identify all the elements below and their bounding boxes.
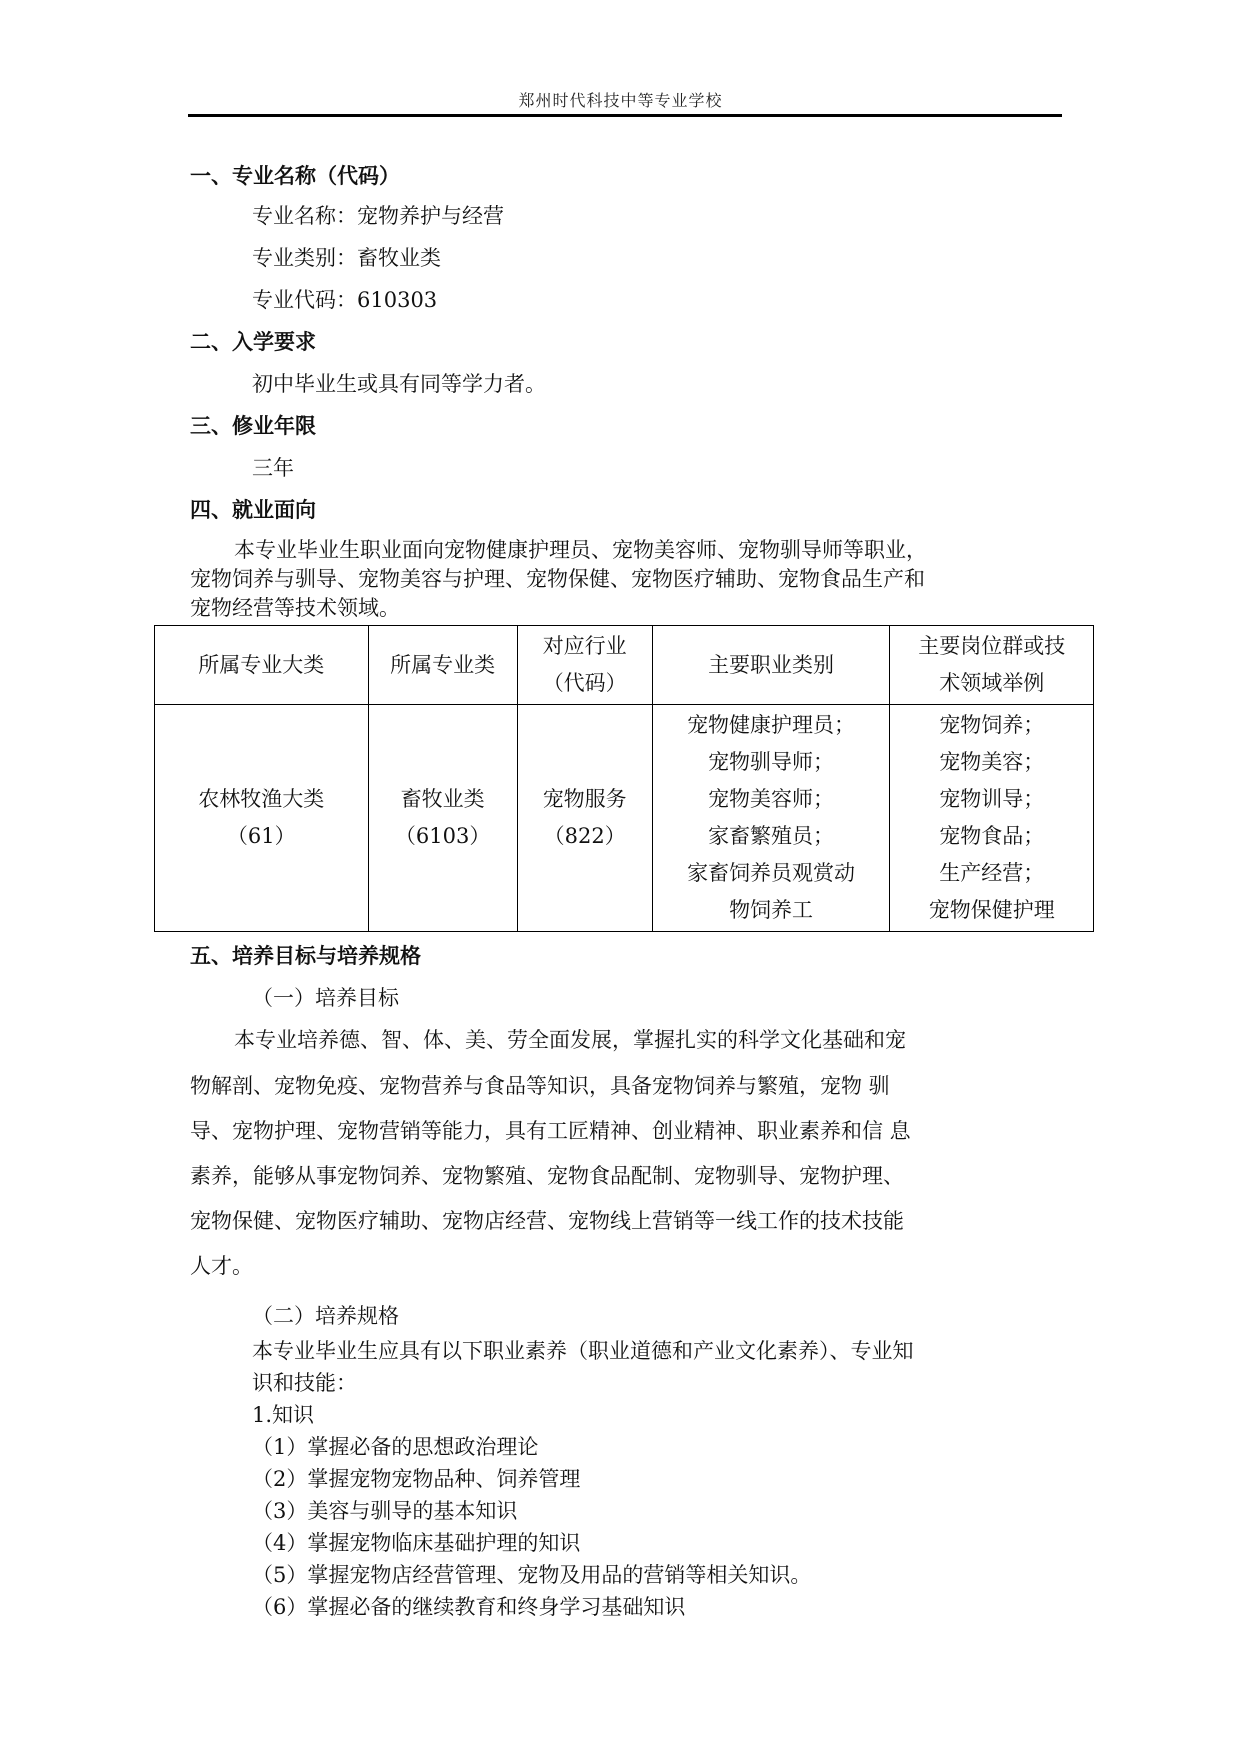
cell-major-group: 农林牧渔大类（61） (155, 705, 369, 932)
employment-line-1: 本专业毕业生职业面向宠物健康护理员、宠物美容师、宠物驯导师等职业， (234, 534, 927, 564)
employment-table: 所属专业大类 所属专业类 对应行业（代码） 主要职业类别 主要岗位群或技术领域举… (154, 625, 1094, 932)
subsection-spec-title: （二）培养规格 (252, 1300, 399, 1330)
cell-positions: 宠物饲养； 宠物美容； 宠物训导； 宠物食品； 生产经营； 宠物保健护理 (890, 705, 1094, 932)
knowledge-item: （6）掌握必备的继续教育和终身学习基础知识 (252, 1591, 685, 1621)
subsection-goal-title: （一）培养目标 (252, 982, 399, 1012)
major-category: 专业类别：畜牧业类 (252, 242, 441, 272)
goal-line-6: 人才。 (190, 1250, 253, 1280)
section-2-title: 二、入学要求 (190, 326, 316, 356)
header-occupation: 主要职业类别 (652, 626, 890, 705)
table-row: 农林牧渔大类（61） 畜牧业类（6103） 宠物服务（822） 宠物健康护理员；… (155, 705, 1094, 932)
header-industry: 对应行业（代码） (517, 626, 652, 705)
header-divider (188, 114, 1062, 117)
goal-line-5: 宠物保健、宠物医疗辅助、宠物店经营、宠物线上营销等一线工作的技术技能 (190, 1205, 904, 1235)
section-4-title: 四、就业面向 (190, 494, 316, 524)
knowledge-item: （1）掌握必备的思想政治理论 (252, 1431, 538, 1461)
knowledge-item: （5）掌握宠物店经营管理、宠物及用品的营销等相关知识。 (252, 1559, 811, 1589)
knowledge-item: （2）掌握宠物宠物品种、饲养管理 (252, 1463, 580, 1493)
spec-line-2: 识和技能： (252, 1367, 357, 1397)
goal-line-2: 物解剖、宠物免疫、宠物营养与食品等知识，具备宠物饲养与繁殖，宠物 驯 (190, 1070, 890, 1100)
knowledge-item: （4）掌握宠物临床基础护理的知识 (252, 1527, 580, 1557)
goal-line-1: 本专业培养德、智、体、美、劳全面发展，掌握扎实的科学文化基础和宠 (234, 1024, 906, 1054)
employment-line-2: 宠物饲养与驯导、宠物美容与护理、宠物保健、宠物医疗辅助、宠物食品生产和 (190, 563, 925, 593)
header-major-group: 所属专业大类 (155, 626, 369, 705)
section-3-title: 三、修业年限 (190, 410, 316, 440)
spec-line-1: 本专业毕业生应具有以下职业素养（职业道德和产业文化素养）、专业知 (252, 1335, 914, 1365)
cell-industry: 宠物服务（822） (517, 705, 652, 932)
goal-line-4: 素养，能够从事宠物饲养、宠物繁殖、宠物食品配制、宠物驯导、宠物护理、 (190, 1160, 904, 1190)
admission-text: 初中毕业生或具有同等学力者。 (252, 368, 546, 398)
table-header-row: 所属专业大类 所属专业类 对应行业（代码） 主要职业类别 主要岗位群或技术领域举… (155, 626, 1094, 705)
section-5-title: 五、培养目标与培养规格 (190, 940, 421, 970)
major-code: 专业代码：610303 (252, 284, 437, 314)
page-header-school: 郑州时代科技中等专业学校 (0, 88, 1241, 111)
cell-occupations: 宠物健康护理员； 宠物驯导师； 宠物美容师； 家畜繁殖员； 家畜饲养员观赏动 物… (652, 705, 890, 932)
cell-major-class: 畜牧业类（6103） (368, 705, 517, 932)
section-1-title: 一、专业名称（代码） (190, 160, 400, 190)
employment-line-3: 宠物经营等技术领域。 (190, 592, 400, 622)
header-positions: 主要岗位群或技术领域举例 (890, 626, 1094, 705)
knowledge-title: 1.知识 (252, 1399, 314, 1429)
goal-line-3: 导、宠物护理、宠物营销等能力，具有工匠精神、创业精神、职业素养和信 息 (190, 1115, 911, 1145)
duration-text: 三年 (252, 452, 294, 482)
knowledge-item: （3）美容与驯导的基本知识 (252, 1495, 517, 1525)
header-major-class: 所属专业类 (368, 626, 517, 705)
major-name: 专业名称：宠物养护与经营 (252, 200, 504, 230)
